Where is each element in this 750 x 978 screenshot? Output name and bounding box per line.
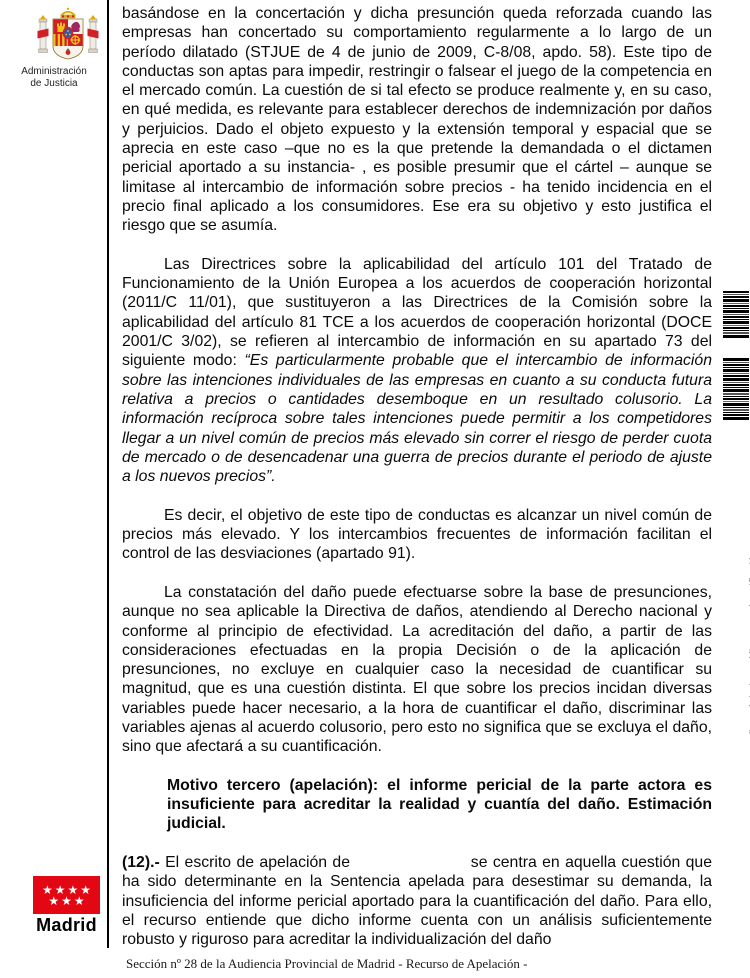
sidebar-divider	[107, 0, 109, 948]
motivo-tercero-heading: Motivo tercero (apelación): el informe p…	[167, 776, 712, 834]
madrid-flag-stars-row2: ★★★	[46, 895, 86, 907]
page: { "sidebar": { "org_line1": "Administrac…	[0, 0, 750, 978]
barcode-top-icon	[723, 291, 749, 338]
paragraph-12-lead: El escrito de apelación de	[160, 854, 350, 871]
paragraph-2-quote: “Es particularmente probable que el inte…	[122, 352, 712, 485]
body-paragraph-1: basándose en la concertación y dicha pre…	[122, 4, 712, 236]
spain-coat-of-arms-icon	[36, 6, 100, 64]
verification-caption: mediante el siguiente código seguro de v…	[722, 418, 748, 748]
madrid-label: Madrid	[33, 915, 100, 935]
document-body: basándose en la concertación y dicha pre…	[122, 4, 712, 969]
barcode-bottom-icon	[723, 358, 749, 420]
body-paragraph-3: Es decir, el objetivo de este tipo de co…	[122, 506, 712, 564]
paragraph-12-number: (12).-	[122, 854, 160, 871]
madrid-logo: ★★★★ ★★★ Madrid	[33, 876, 100, 935]
org-caption: Administración de Justicia	[0, 66, 108, 90]
org-caption-line2: de Justicia	[0, 78, 108, 90]
body-paragraph-2: Las Directrices sobre la aplicabilidad d…	[122, 255, 712, 487]
body-paragraph-4: La constatación del daño puede efectuars…	[122, 583, 712, 757]
org-caption-line1: Administración	[0, 66, 108, 78]
madrid-flag: ★★★★ ★★★	[33, 876, 100, 914]
body-paragraph-12: (12).- El escrito de apelación de se cen…	[122, 853, 712, 949]
page-footer: Sección nº 28 de la Audiencia Provincial…	[126, 956, 528, 972]
